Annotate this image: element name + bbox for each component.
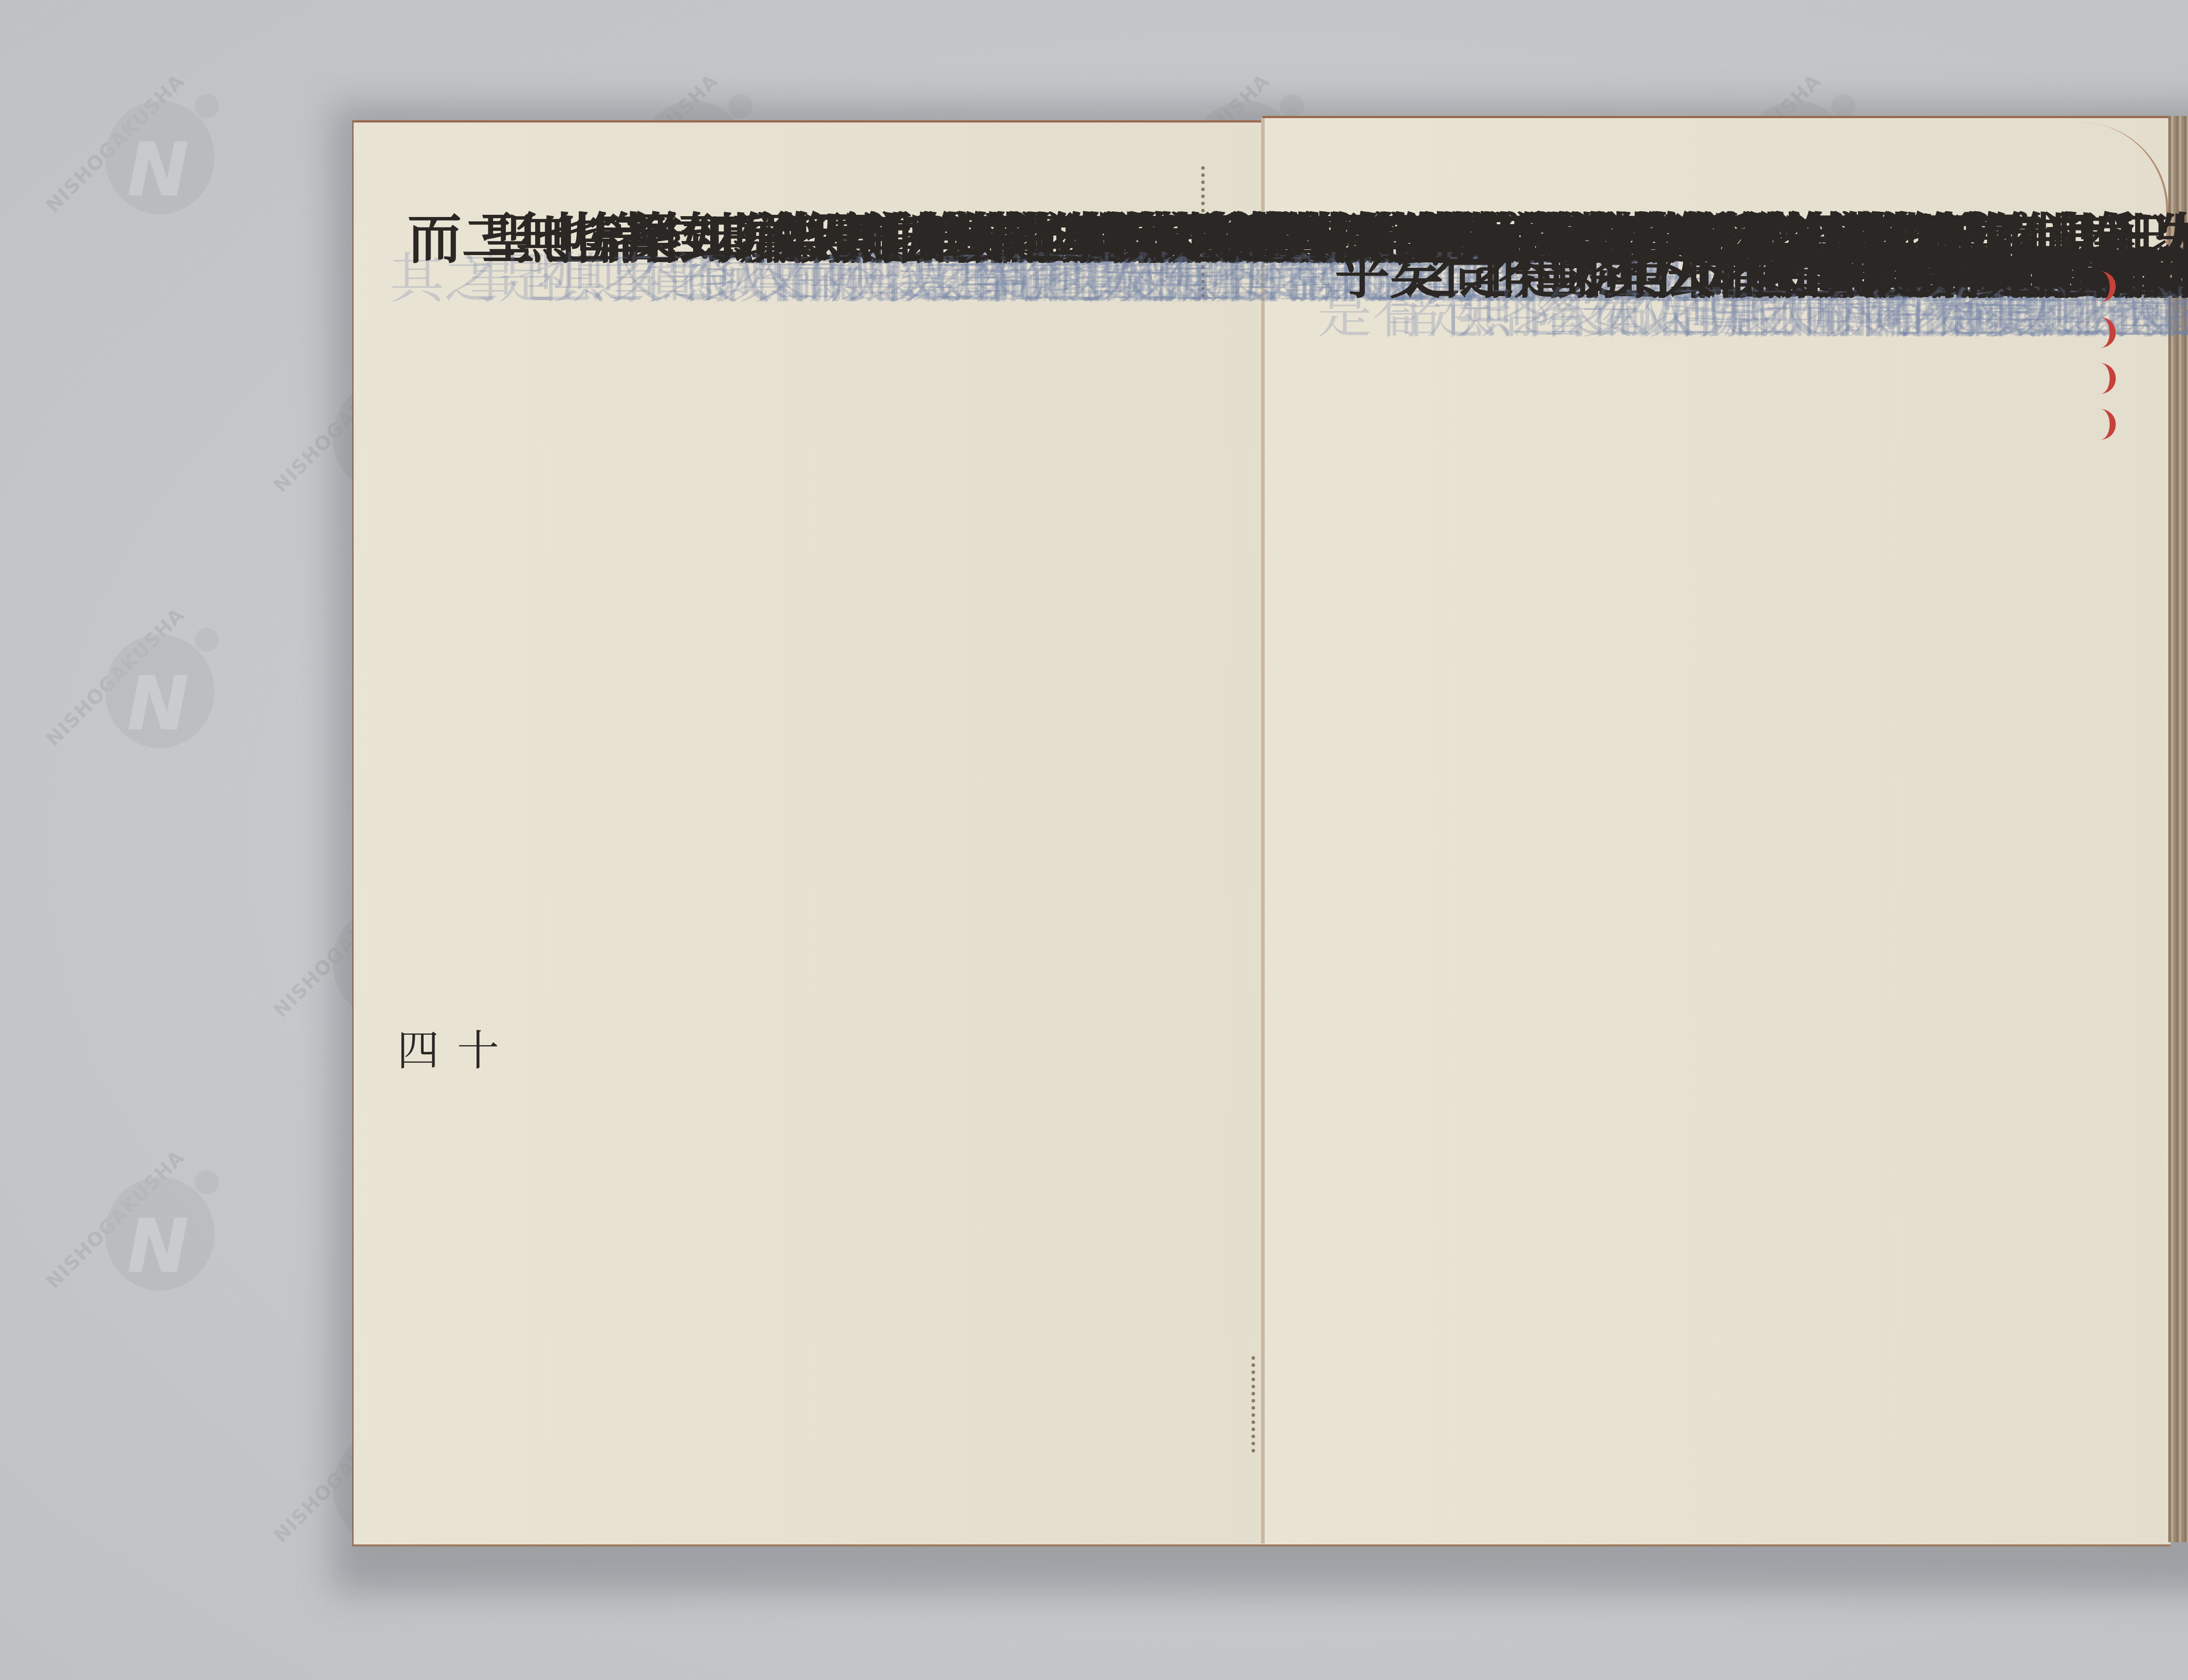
watermark-dot-icon [195,628,219,652]
ink-stain-bottom [1252,1356,1262,1452]
watermark-dot-icon [195,94,219,118]
watermark-logo: NNISHOGAKUSHA [79,1146,236,1304]
watermark-n-icon: N [127,127,189,213]
watermark-logo: NNISHOGAKUSHA [79,70,236,227]
page-number: 十四 [385,1028,505,1070]
watermark-dot-icon [195,1170,219,1194]
left-page [352,120,1264,1547]
watermark-n-icon: N [127,1203,189,1290]
watermark-logo: NNISHOGAKUSHA [79,604,236,761]
watermark-n-icon: N [127,661,189,747]
book-gutter [1261,118,1265,1543]
text-column: 是有定則名備人其可不尚矣乎 [1330,245,2036,301]
